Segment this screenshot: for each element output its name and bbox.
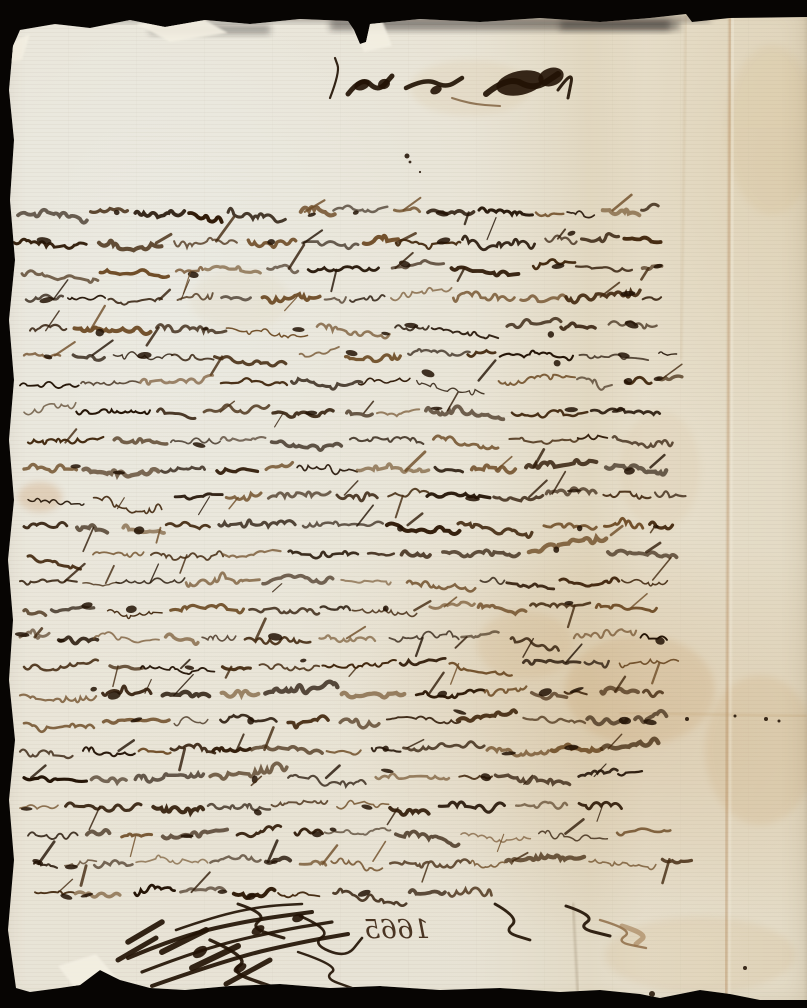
handwriting-line [26, 280, 661, 311]
handwriting-line [24, 763, 642, 786]
handwriting-line [24, 449, 666, 476]
edge-smudges [20, 16, 710, 34]
handwriting-line [24, 644, 678, 686]
handwriting-line [20, 558, 671, 592]
handwriting-line [24, 505, 673, 551]
letter-page: 1665 [0, 0, 807, 1008]
year-text: 1665 [364, 915, 430, 945]
paper-stains [18, 45, 807, 993]
handwriting-line [24, 708, 666, 732]
paper-edge-vignette [0, 0, 807, 1008]
ink-dots [405, 154, 781, 998]
handwriting-line [24, 594, 657, 627]
handwriting-line [18, 195, 658, 224]
handwriting-body [14, 195, 691, 906]
handwriting-line [28, 429, 673, 450]
torn-edge-flaps [8, 15, 392, 992]
header-ink-mark [330, 58, 571, 106]
handwriting-line [20, 728, 658, 771]
fold-creases [573, 14, 807, 998]
laid-paper-texture [0, 0, 807, 1008]
handwriting-line [14, 217, 661, 250]
handwriting-line [20, 673, 662, 703]
year-mark: 1665 [364, 915, 430, 945]
signature-flourish [118, 904, 646, 988]
handwriting-line [35, 872, 492, 905]
handwriting-line [30, 306, 657, 345]
handwriting-layer: 1665 [0, 0, 807, 1008]
handwriting-line [20, 801, 622, 830]
handwriting-line [28, 472, 686, 518]
handwriting-line [24, 341, 677, 375]
handwriting-line [32, 841, 692, 886]
handwriting-line [20, 361, 682, 395]
handwriting-line [28, 819, 670, 856]
handwriting-line [28, 537, 677, 573]
handwriting-line [22, 245, 663, 294]
handwriting-line [15, 619, 667, 657]
handwriting-line [24, 393, 660, 427]
manuscript-scan: 1665 [0, 0, 807, 1008]
